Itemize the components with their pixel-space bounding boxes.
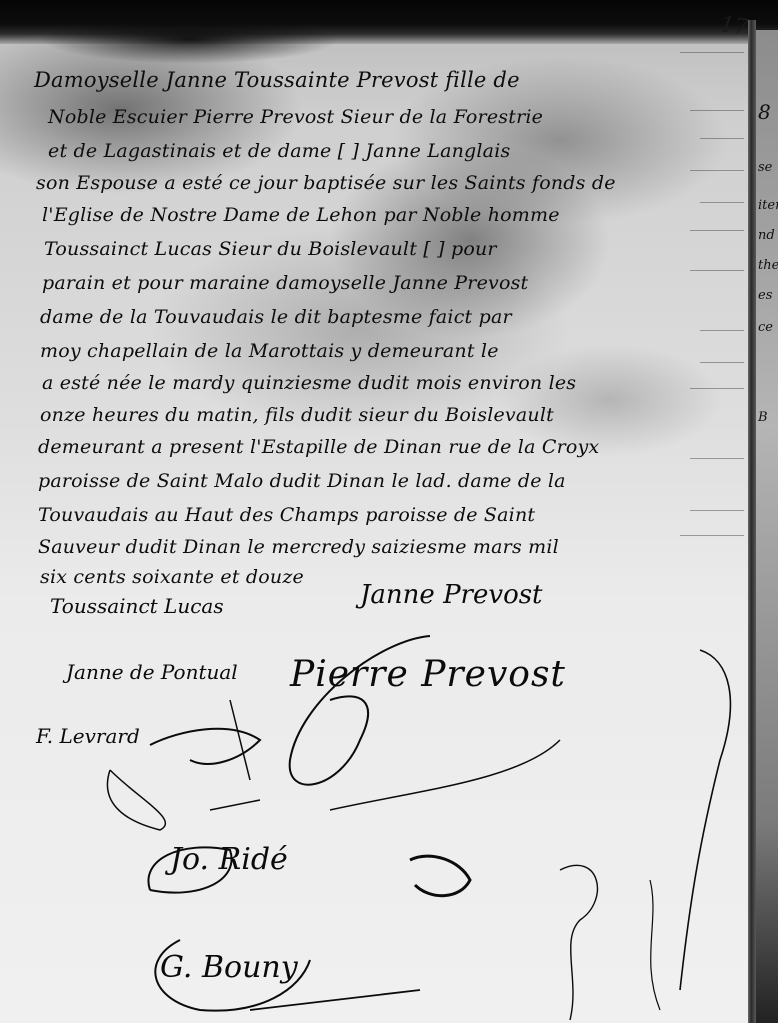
margin-fragment: B — [758, 410, 768, 425]
margin-fragment: 8 — [758, 100, 771, 124]
document-scan: 17 Damoyselle Janne Toussainte Prevost f… — [0, 0, 778, 1023]
page-fold — [748, 20, 756, 1023]
margin-fragment: iter — [758, 198, 778, 213]
signature-flourishes — [0, 0, 778, 1023]
margin-fragment: nd — [758, 228, 775, 243]
adjacent-page-edge: 8 se iter nd the es ce B — [756, 30, 778, 1023]
margin-fragment: ce — [758, 320, 773, 335]
margin-fragment: the — [758, 258, 778, 273]
margin-fragment: es — [758, 288, 772, 303]
margin-fragment: se — [758, 160, 772, 175]
